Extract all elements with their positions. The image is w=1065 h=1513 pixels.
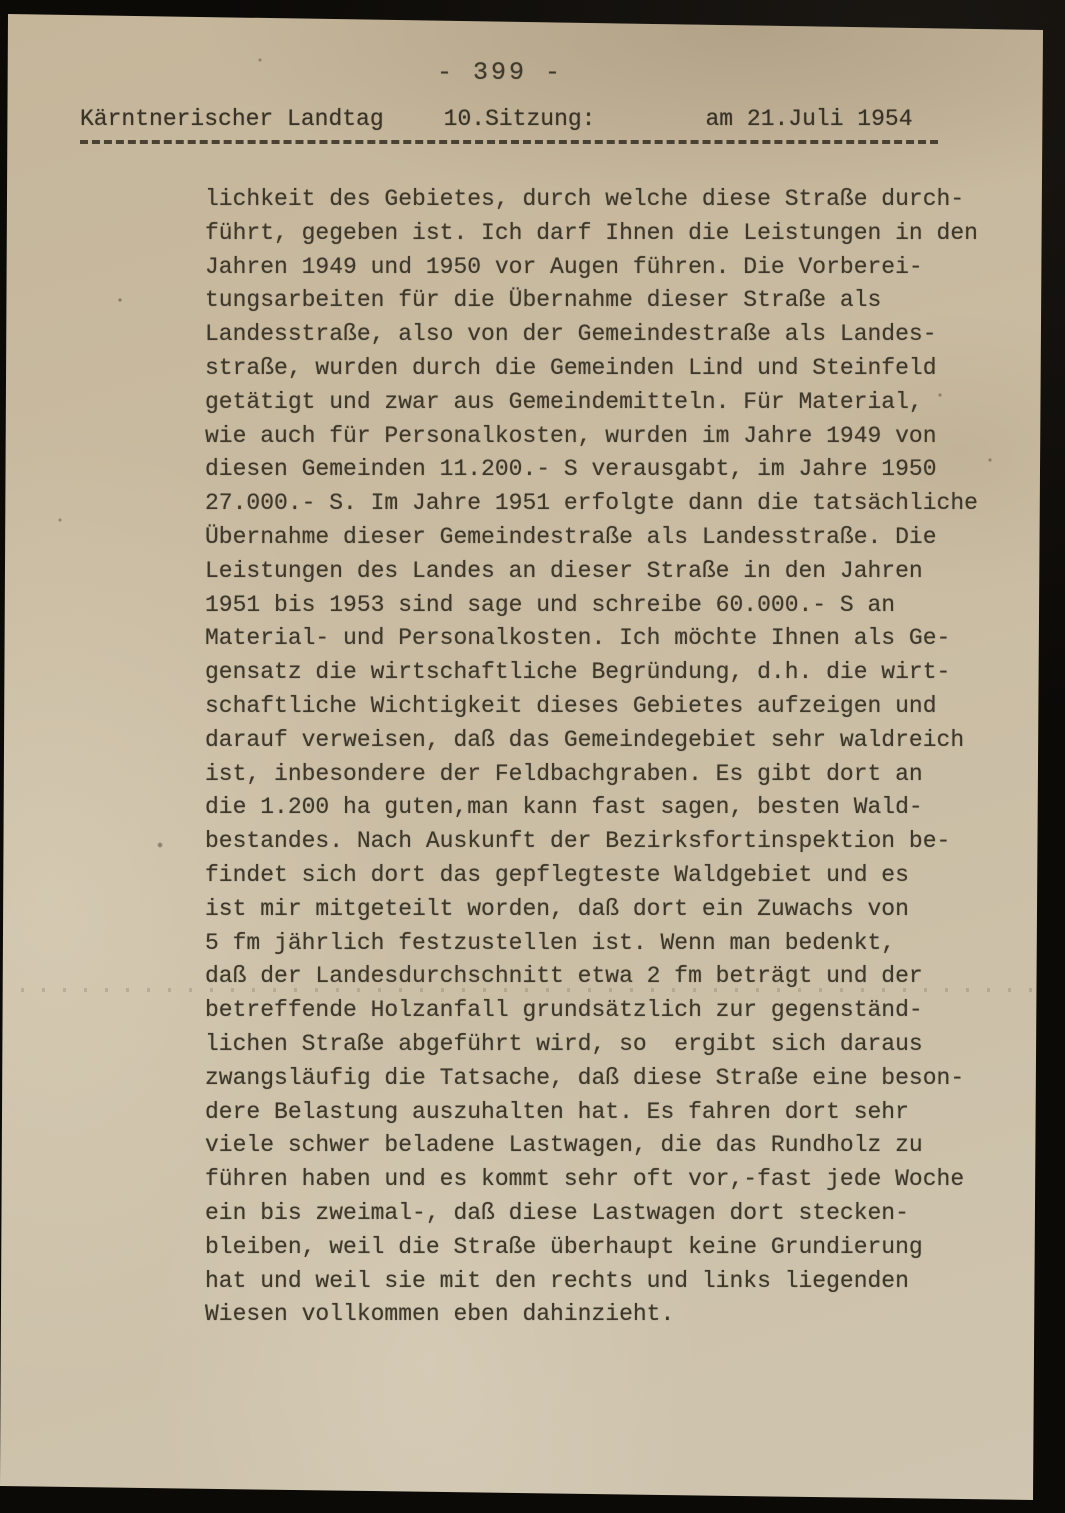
body-line: schaftliche Wichtigkeit dieses Gebietes … — [205, 690, 995, 724]
body-line: tungsarbeiten für die Übernahme dieser S… — [205, 284, 995, 318]
body-line: findet sich dort das gepflegteste Waldge… — [205, 859, 995, 893]
body-line: ist, inbesondere der Feldbachgraben. Es … — [205, 758, 995, 792]
body-line: 5 fm jährlich festzustellen ist. Wenn ma… — [205, 927, 995, 961]
document-header: Kärntnerischer Landtag 10.Sitzung: am 21… — [80, 106, 938, 144]
body-line: diesen Gemeinden 11.200.- S verausgabt, … — [205, 453, 995, 487]
body-line: ein bis zweimal-, daß diese Lastwagen do… — [205, 1197, 995, 1231]
paper-sheet: - 399 - Kärntnerischer Landtag 10.Sitzun… — [0, 0, 1065, 1513]
body-line: straße, wurden durch die Gemeinden Lind … — [205, 352, 995, 386]
header-parliament-title: Kärntnerischer Landtag — [80, 106, 384, 132]
body-line: Jahren 1949 und 1950 vor Augen führen. D… — [205, 251, 995, 285]
page-number: - 399 - — [0, 58, 1000, 87]
body-line: darauf verweisen, daß das Gemeindegebiet… — [205, 724, 995, 758]
body-line: bleiben, weil die Straße überhaupt keine… — [205, 1231, 995, 1265]
body-line: die 1.200 ha guten,man kann fast sagen, … — [205, 791, 995, 825]
body-line: hat und weil sie mit den rechts und link… — [205, 1265, 995, 1299]
body-line: wie auch für Personalkosten, wurden im J… — [205, 420, 995, 454]
body-line: ist mir mitgeteilt worden, daß dort ein … — [205, 893, 995, 927]
header-session-date: am 21.Juli 1954 — [705, 106, 912, 132]
body-line: lichkeit des Gebietes, durch welche dies… — [205, 183, 995, 217]
body-line: Material- und Personalkosten. Ich möchte… — [205, 622, 995, 656]
body-line: 27.000.- S. Im Jahre 1951 erfolgte dann … — [205, 487, 995, 521]
body-line: führen haben und es kommt sehr oft vor,-… — [205, 1163, 995, 1197]
body-line: führt, gegeben ist. Ich darf Ihnen die L… — [205, 217, 995, 251]
body-line: Leistungen des Landes an dieser Straße i… — [205, 555, 995, 589]
body-line: daß der Landesdurchschnitt etwa 2 fm bet… — [205, 960, 995, 994]
header-session-number: 10.Sitzung: — [444, 106, 596, 132]
body-line: Wiesen vollkommen eben dahinzieht. — [205, 1298, 995, 1332]
scanned-document: - 399 - Kärntnerischer Landtag 10.Sitzun… — [0, 0, 1065, 1513]
body-line: 1951 bis 1953 sind sage und schreibe 60.… — [205, 589, 995, 623]
body-line: Übernahme dieser Gemeindestraße als Land… — [205, 521, 995, 555]
body-line: gensatz die wirtschaftliche Begründung, … — [205, 656, 995, 690]
body-text: lichkeit des Gebietes, durch welche dies… — [205, 183, 995, 1332]
body-line: getätigt und zwar aus Gemeindemitteln. F… — [205, 386, 995, 420]
body-line: betreffende Holzanfall grundsätzlich zur… — [205, 994, 995, 1028]
body-line: bestandes. Nach Auskunft der Bezirksfort… — [205, 825, 995, 859]
body-line: dere Belastung auszuhalten hat. Es fahre… — [205, 1096, 995, 1130]
body-line: viele schwer beladene Lastwagen, die das… — [205, 1129, 995, 1163]
body-line: lichen Straße abgeführt wird, so ergibt … — [205, 1028, 995, 1062]
body-line: zwangsläufig die Tatsache, daß diese Str… — [205, 1062, 995, 1096]
body-line: Landesstraße, also von der Gemeindestraß… — [205, 318, 995, 352]
